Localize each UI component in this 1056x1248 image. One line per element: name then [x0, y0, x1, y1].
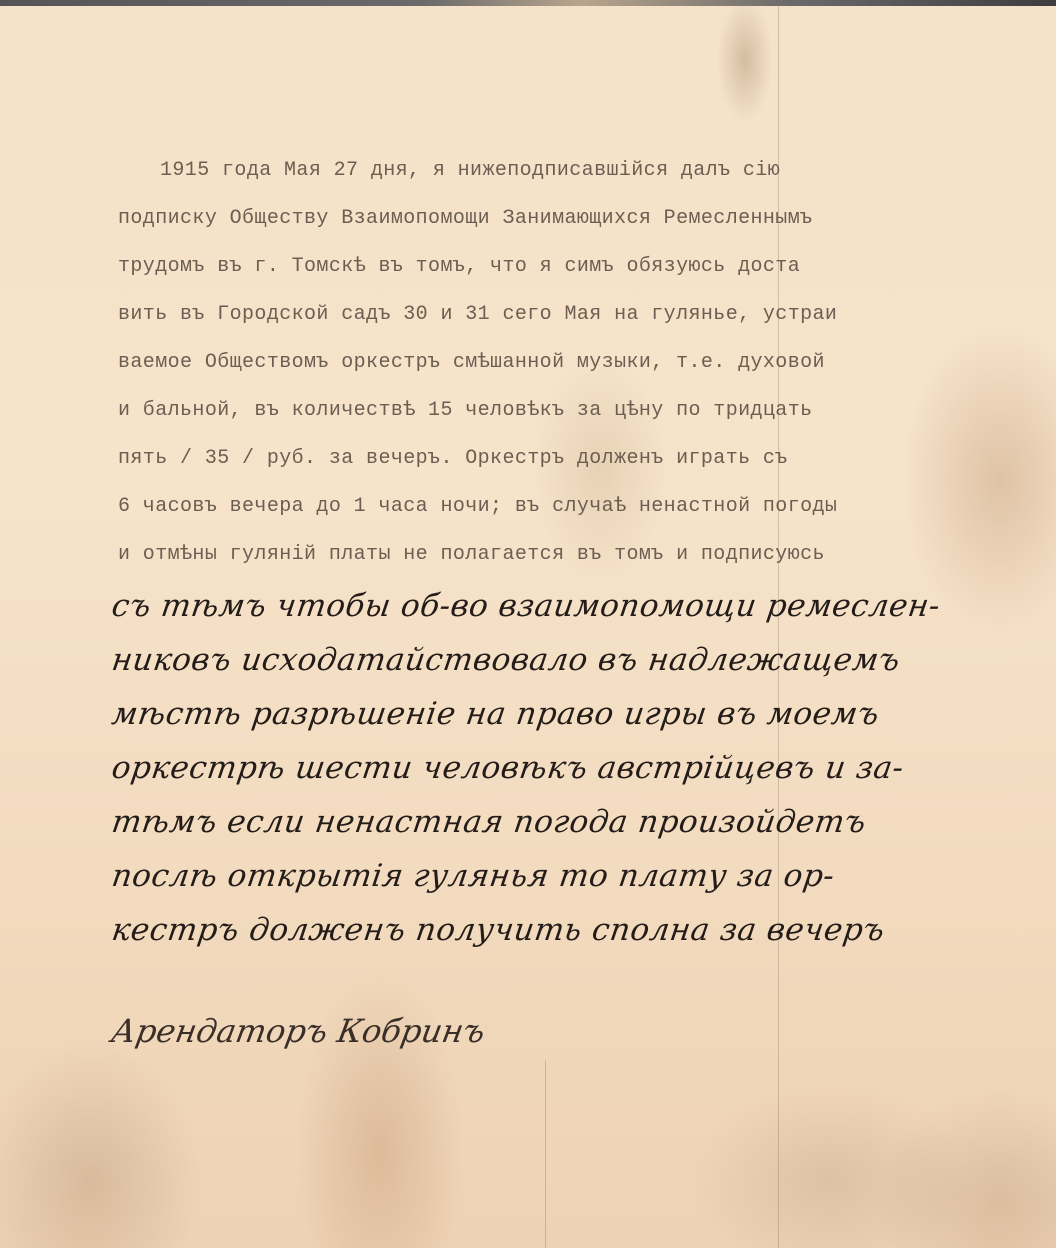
typed-line: пять / 35 / руб. за вечеръ. Оркестръ дол…	[118, 446, 788, 472]
handwritten-line: послѣ открытія гулянья то плату за ор-	[109, 856, 837, 896]
signature: Арендаторъ Кобринъ	[109, 1012, 488, 1050]
handwritten-line: тѣмъ если ненастная погода произойдетъ	[109, 802, 869, 842]
document-page: 1915 года Мая 27 дня, я нижеподписавшійс…	[0, 0, 1056, 1248]
handwritten-line: никовъ исходатайствовало въ надлежащемъ	[109, 640, 903, 680]
paper-crease	[545, 1060, 546, 1248]
typed-line: подписку Обществу Взаимопомощи Занимающи…	[118, 206, 813, 232]
handwritten-line: кестръ долженъ получить сполна за вечеръ	[109, 910, 887, 950]
typed-line: и отмѣны гуляній платы не полагается въ …	[118, 542, 825, 568]
typed-line: и бальной, въ количествѣ 15 человѣкъ за …	[118, 398, 813, 424]
handwritten-line: оркестрѣ шести человѣкъ австрійцевъ и за…	[109, 748, 906, 788]
scan-edge	[0, 0, 1056, 6]
typed-line: ваемое Обществомъ оркестръ смѣшанной муз…	[118, 350, 825, 376]
typed-line: вить въ Городской садъ 30 и 31 сего Мая …	[118, 302, 837, 328]
typed-line: 6 часовъ вечера до 1 часа ночи; въ случа…	[118, 494, 837, 520]
handwritten-line: мѣстѣ разрѣшеніе на право игры въ моемъ	[109, 694, 882, 734]
typed-line: трудомъ въ г. Томскѣ въ томъ, что я симъ…	[118, 254, 800, 280]
typed-line: 1915 года Мая 27 дня, я нижеподписавшійс…	[160, 158, 780, 184]
handwritten-line: съ тѣмъ чтобы об-во взаимопомощи ремесле…	[109, 586, 943, 626]
